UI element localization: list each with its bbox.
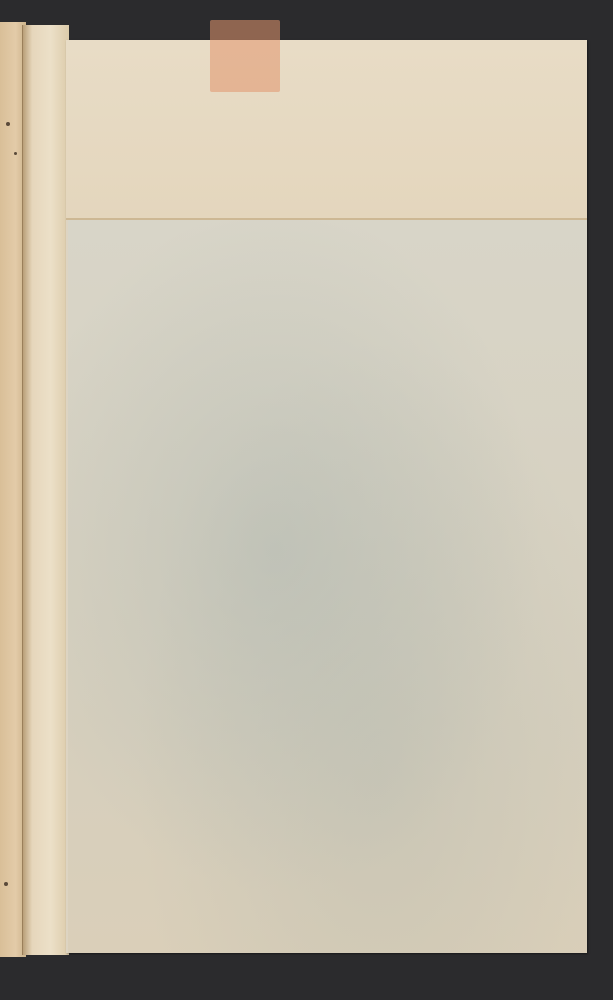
foxing-spot bbox=[4, 882, 8, 886]
ink-bleed-through bbox=[405, 245, 500, 385]
foxing-spot bbox=[6, 122, 10, 126]
foxing-spot bbox=[14, 152, 17, 155]
book-gutter-fold bbox=[22, 25, 69, 955]
red-seal-stamp bbox=[210, 20, 280, 92]
page-body-with-bleed bbox=[68, 220, 587, 953]
folded-top-flap bbox=[66, 40, 587, 220]
